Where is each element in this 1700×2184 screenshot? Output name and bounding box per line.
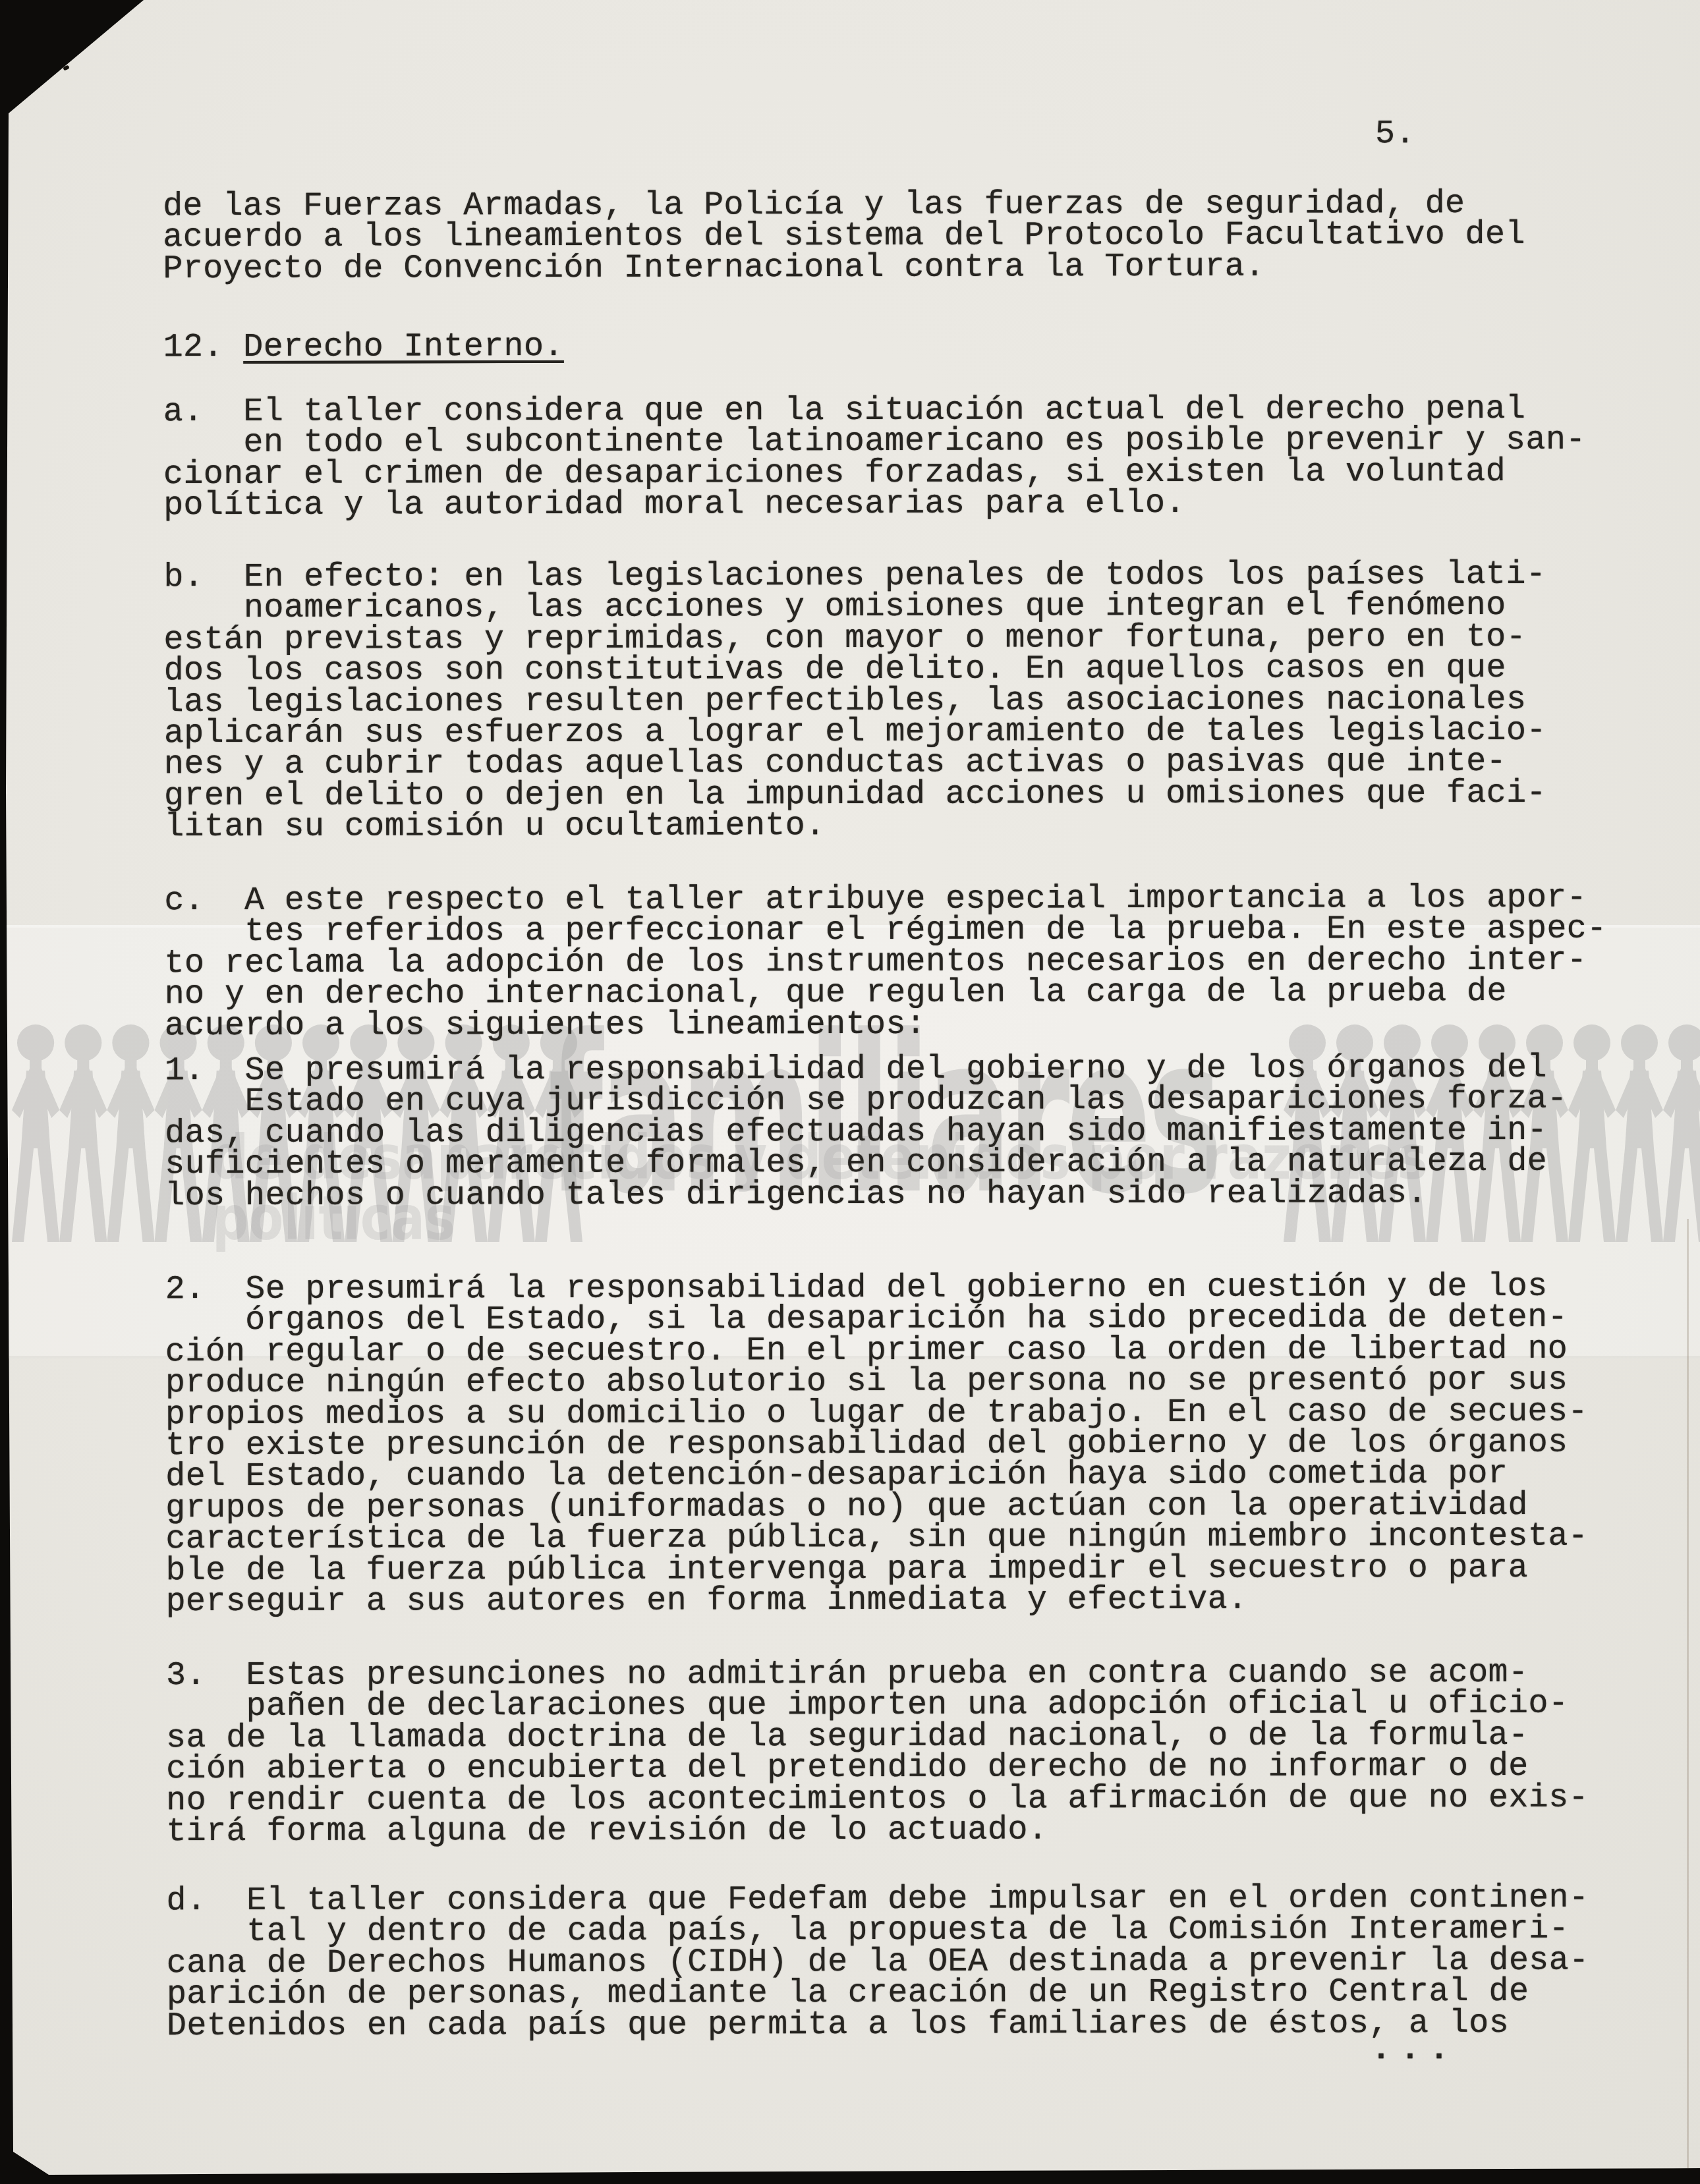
paragraph-c: c. A este respecto el taller atribuye es…	[164, 883, 1607, 1042]
typed-text-layer: 5. de las Fuerzas Armadas, la Policía y …	[0, 0, 1700, 2184]
intro-paragraph: de las Fuerzas Armadas, la Policía y las…	[163, 188, 1525, 285]
numbered-item-2: 2. Se presumirá la responsabilidad del g…	[165, 1272, 1589, 1618]
section-heading: 12. Derecho Interno.	[163, 331, 564, 364]
numbered-item-1: 1. Se presumirá la responsabilidad del g…	[165, 1053, 1568, 1212]
continuation-ellipsis: ...	[1371, 2034, 1458, 2066]
scanned-document-page: familiares de desaparecidos y detenidos …	[0, 0, 1700, 2184]
page-number: 5.	[1375, 119, 1415, 150]
scan-speck	[55, 59, 60, 63]
numbered-item-3: 3. Estas presunciones no admitirán prueb…	[166, 1658, 1589, 1848]
paragraph-a: a. El taller considera que en la situaci…	[163, 394, 1586, 522]
section-number: 12.	[163, 329, 223, 366]
paragraph-b: b. En efecto: en las legislaciones penal…	[163, 559, 1546, 843]
paragraph-d: d. El taller considera que Fedefam debe …	[167, 1883, 1589, 2042]
paper-sheet: familiares de desaparecidos y detenidos …	[0, 0, 1700, 2184]
section-title: Derecho Interno.	[243, 328, 564, 366]
scan-speck	[32, 14, 47, 28]
